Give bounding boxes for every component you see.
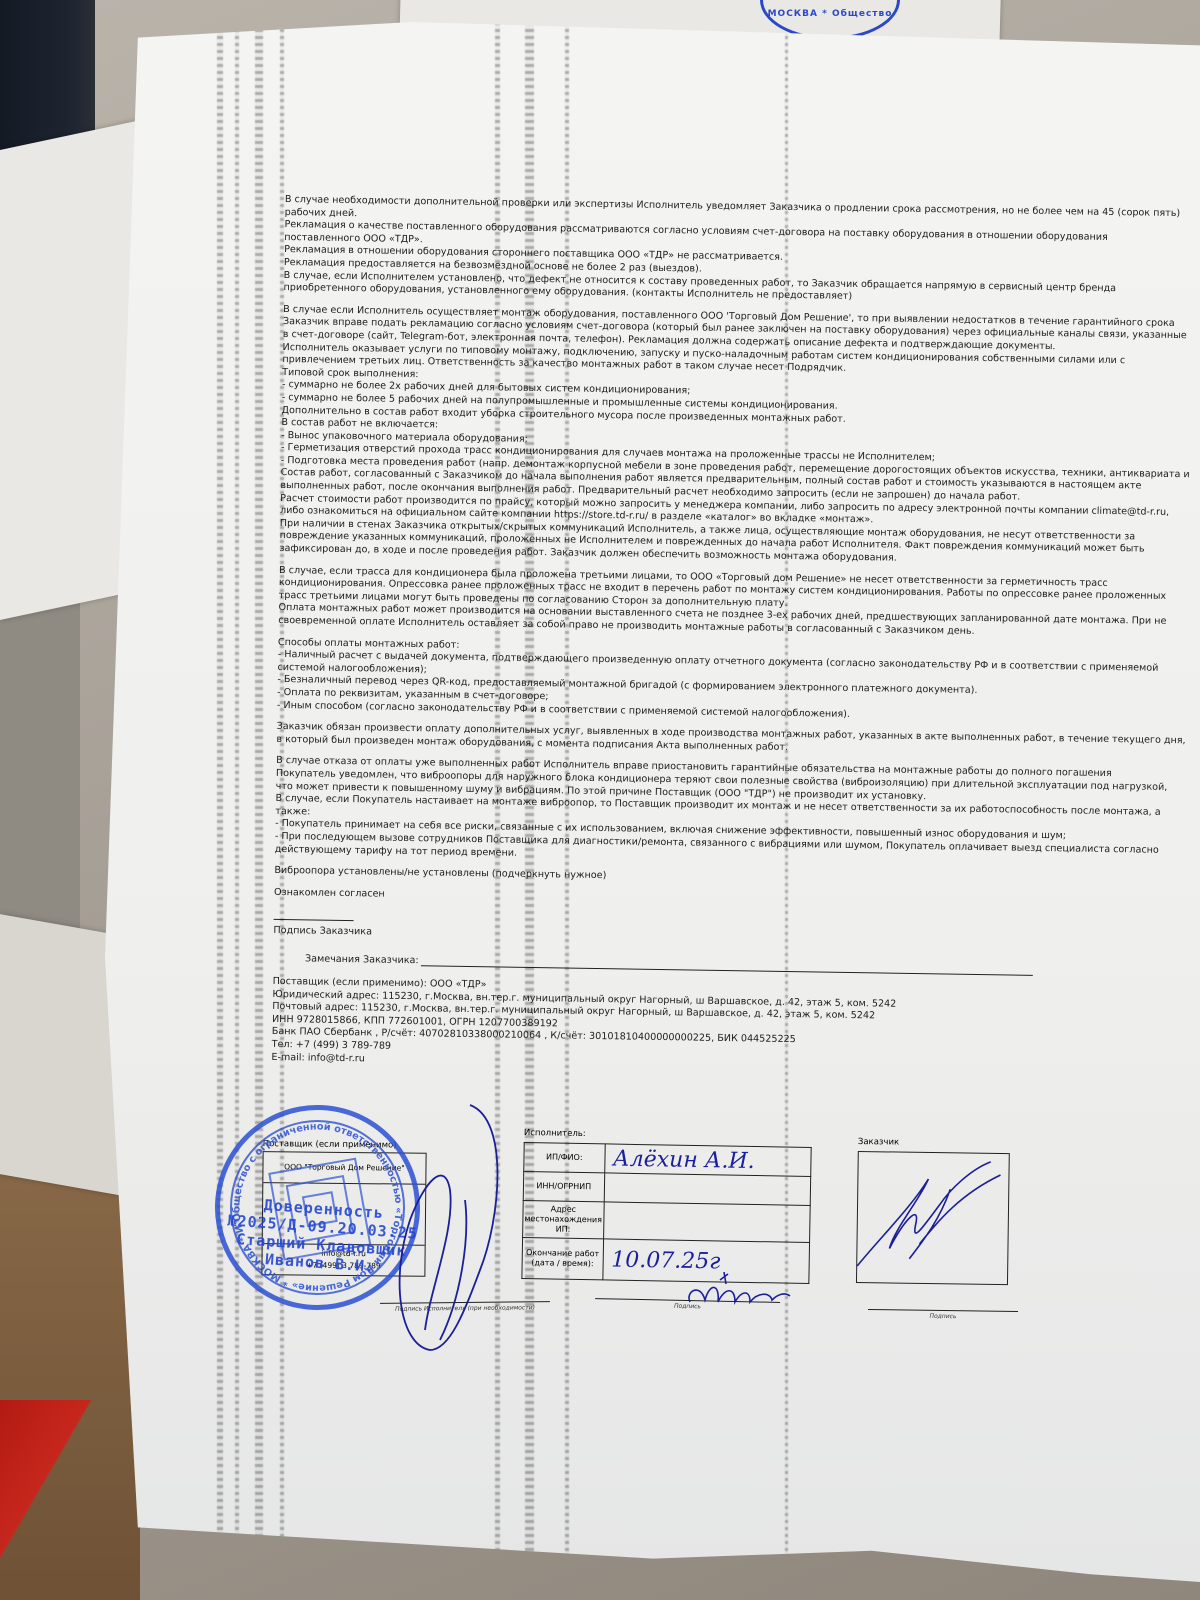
executor-row: Адрес местонахождения ИП: xyxy=(523,1200,811,1242)
executor-block: Исполнитель: ИП/ФИО:Алёхин А.И.ИНН/ОГРНИ… xyxy=(521,1128,824,1284)
document-body: В случае необходимости дополнительной пр… xyxy=(271,194,1045,1076)
executor-table: ИП/ФИО:Алёхин А.И.ИНН/ОГРНИПАдрес местон… xyxy=(521,1142,811,1284)
executor-row-label: ИП/ФИО: xyxy=(524,1143,605,1173)
proxy-stamp: Доверенность №2025/Д-09.20.03.25 Старший… xyxy=(210,1192,434,1279)
customer-signature-caption: Подпись xyxy=(929,1313,956,1320)
customer-signature-icon xyxy=(849,1148,1011,1290)
print-streak xyxy=(235,22,239,1582)
customer-signature-line[interactable]: Подпись xyxy=(868,1309,1018,1321)
customer-block: Заказчик xyxy=(856,1137,1018,1285)
supplier-signature-caption: Подпись Исполнителя (при необходимости) xyxy=(395,1304,535,1312)
customer-signature-line xyxy=(274,919,354,921)
print-streak xyxy=(255,22,263,1582)
executor-row: Окончание работ (дата / время):10.07.25г xyxy=(522,1237,810,1283)
paragraph-list: В случае необходимости дополнительной пр… xyxy=(274,194,1045,911)
executor-row-value[interactable]: 10.07.25г xyxy=(602,1239,809,1284)
supplier-signature-line[interactable]: Подпись Исполнителя (при необходимости) xyxy=(380,1301,550,1313)
executor-row-label: Адрес местонахождения ИП: xyxy=(523,1200,604,1238)
customer-title: Заказчик xyxy=(858,1137,1018,1149)
red-object xyxy=(0,1400,110,1600)
executor-row-value[interactable] xyxy=(604,1173,811,1206)
print-streak xyxy=(217,22,223,1582)
executor-signature-caption: Подпись xyxy=(674,1303,701,1311)
executor-row-value[interactable]: Алёхин А.И. xyxy=(604,1144,811,1177)
executor-row-label: ИНН/ОГРНИП xyxy=(523,1172,604,1202)
executor-row-label: Окончание работ (дата / время): xyxy=(522,1237,603,1279)
customer-remarks-label: Замечания Заказчика: xyxy=(305,954,419,968)
executor-row-value[interactable] xyxy=(603,1202,810,1243)
customer-signature-label: Подпись Заказчика xyxy=(273,925,1033,950)
supplier-details: Поставщик (если применимо): ООО «ТДР»Юри… xyxy=(271,976,1032,1076)
customer-signature-box[interactable] xyxy=(856,1151,1010,1285)
